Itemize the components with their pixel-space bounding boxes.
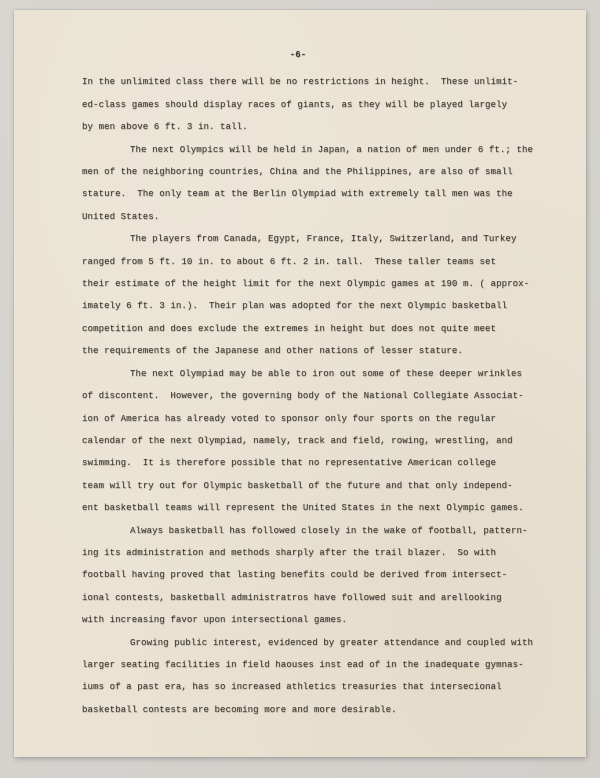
text-line: by men above 6 ft. 3 in. tall. — [82, 116, 538, 138]
text-line: iums of a past era, has so increased ath… — [82, 676, 538, 698]
text-line: with increasing favor upon intersectiona… — [82, 609, 538, 631]
text-line: ed-class games should display races of g… — [82, 94, 538, 116]
text-line: ing its administration and methods sharp… — [82, 542, 538, 564]
text-line: swimming. It is therefore possible that … — [82, 452, 538, 474]
text-line: calendar of the next Olympiad, namely, t… — [82, 430, 538, 452]
text-line: The next Olympics will be held in Japan,… — [82, 139, 538, 161]
document-page: -6- In the unlimited class there will be… — [14, 10, 586, 757]
text-line: team will try out for Olympic basketball… — [82, 475, 538, 497]
page-number: -6- — [58, 44, 538, 66]
text-line: ion of America has already voted to spon… — [82, 408, 538, 430]
text-line: stature. The only team at the Berlin Oly… — [82, 183, 538, 205]
text-line: men of the neighboring countries, China … — [82, 161, 538, 183]
text-line: basketball contests are becoming more an… — [82, 699, 538, 721]
text-line: United States. — [82, 206, 538, 228]
text-line: The next Olympiad may be able to iron ou… — [82, 363, 538, 385]
text-line: ional contests, basketball administratro… — [82, 587, 538, 609]
text-line: of discontent. However, the governing bo… — [82, 385, 538, 407]
document-text: In the unlimited class there will be no … — [82, 71, 538, 721]
text-line: ent basketball teams will represent the … — [82, 497, 538, 519]
text-line: In the unlimited class there will be no … — [82, 71, 538, 93]
text-line: competition and does exclude the extreme… — [82, 318, 538, 340]
text-line: The players from Canada, Egypt, France, … — [82, 228, 538, 250]
text-line: Always basketball has followed closely i… — [82, 520, 538, 542]
text-line: Growing public interest, evidenced by gr… — [82, 632, 538, 654]
text-line: the requirements of the Japanese and oth… — [82, 340, 538, 362]
text-line: ranged from 5 ft. 10 in. to about 6 ft. … — [82, 251, 538, 273]
text-line: imately 6 ft. 3 in.). Their plan was ado… — [82, 295, 538, 317]
text-line: larger seating facilities in field haous… — [82, 654, 538, 676]
page-content: -6- In the unlimited class there will be… — [14, 10, 586, 757]
text-line: their estimate of the height limit for t… — [82, 273, 538, 295]
text-line: football having proved that lasting bene… — [82, 564, 538, 586]
scan-background: -6- In the unlimited class there will be… — [0, 0, 600, 778]
